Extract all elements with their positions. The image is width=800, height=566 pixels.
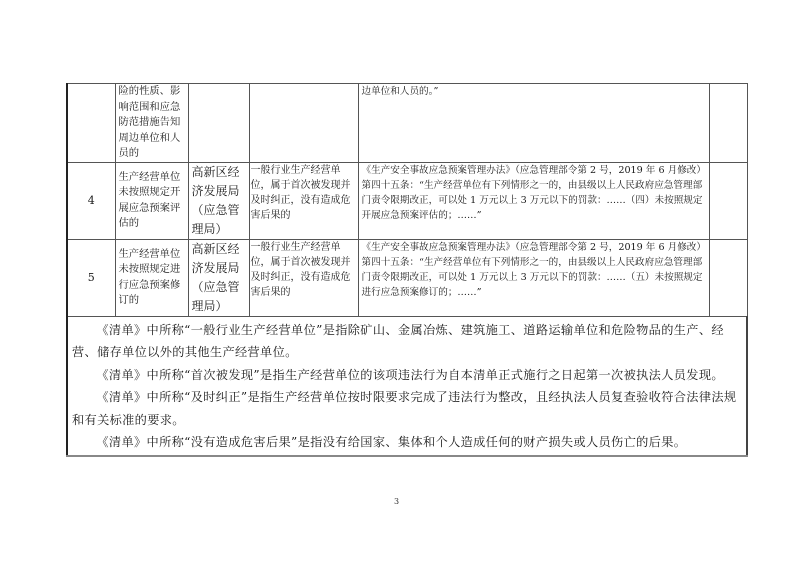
note-paragraph: 《清单》中所称“没有造成危害后果”是指没有给国家、集体和个人造成任何的财产损失或…	[72, 431, 742, 454]
note-paragraph: 《清单》中所称“首次被发现”是指生产经营单位的该项违法行为自本清单正式施行之日起…	[72, 364, 742, 387]
notes-row: 《清单》中所称“一般行业生产经营单位”是指除矿山、金属冶炼、建筑施工、道路运输单…	[67, 316, 747, 456]
remarks	[709, 84, 747, 163]
legal-basis: 边单位和人员的。”	[358, 84, 709, 163]
legal-basis: 《生产安全事故应急预案管理办法》（应急管理部令第 2 号，2019 年 6 月修…	[358, 162, 709, 239]
violation-behavior: 生产经营单位未按照规定进行应急预案修订的	[115, 239, 188, 316]
enforcement-department: 高新区经济发展局（应急管理局）	[188, 162, 249, 239]
enforcement-department	[188, 84, 249, 163]
table-row: 4 生产经营单位未按照规定开展应急预案评估的 高新区经济发展局（应急管理局） 一…	[67, 162, 747, 239]
table-row: 险的性质、影响范围和应急防范措施告知周边单位和人员的 边单位和人员的。”	[67, 84, 747, 163]
table-row: 5 生产经营单位未按照规定进行应急预案修订的 高新区经济发展局（应急管理局） 一…	[67, 239, 747, 316]
legal-basis: 《生产安全事故应急预案管理办法》（应急管理部令第 2 号，2019 年 6 月修…	[358, 239, 709, 316]
violation-behavior: 险的性质、影响范围和应急防范措施告知周边单位和人员的	[115, 84, 188, 163]
row-number	[67, 84, 115, 163]
exemption-condition: 一般行业生产经营单位，属于首次被发现并及时纠正，没有造成危害后果的	[249, 239, 358, 316]
note-paragraph: 《清单》中所称“及时纠正”是指生产经营单位按时限要求完成了违法行为整改，且经执法…	[72, 386, 742, 431]
violation-behavior: 生产经营单位未按照规定开展应急预案评估的	[115, 162, 188, 239]
exemption-condition: 一般行业生产经营单位，属于首次被发现并及时纠正，没有造成危害后果的	[249, 162, 358, 239]
notes-cell: 《清单》中所称“一般行业生产经营单位”是指除矿山、金属冶炼、建筑施工、道路运输单…	[67, 316, 747, 456]
exemption-list-table: 险的性质、影响范围和应急防范措施告知周边单位和人员的 边单位和人员的。” 4 生…	[66, 83, 748, 457]
row-number: 4	[67, 162, 115, 239]
exemption-condition	[249, 84, 358, 163]
enforcement-department: 高新区经济发展局（应急管理局）	[188, 239, 249, 316]
page-number: 3	[394, 497, 399, 506]
note-paragraph: 《清单》中所称“一般行业生产经营单位”是指除矿山、金属冶炼、建筑施工、道路运输单…	[72, 319, 742, 364]
row-number: 5	[67, 239, 115, 316]
remarks	[709, 239, 747, 316]
remarks	[709, 162, 747, 239]
